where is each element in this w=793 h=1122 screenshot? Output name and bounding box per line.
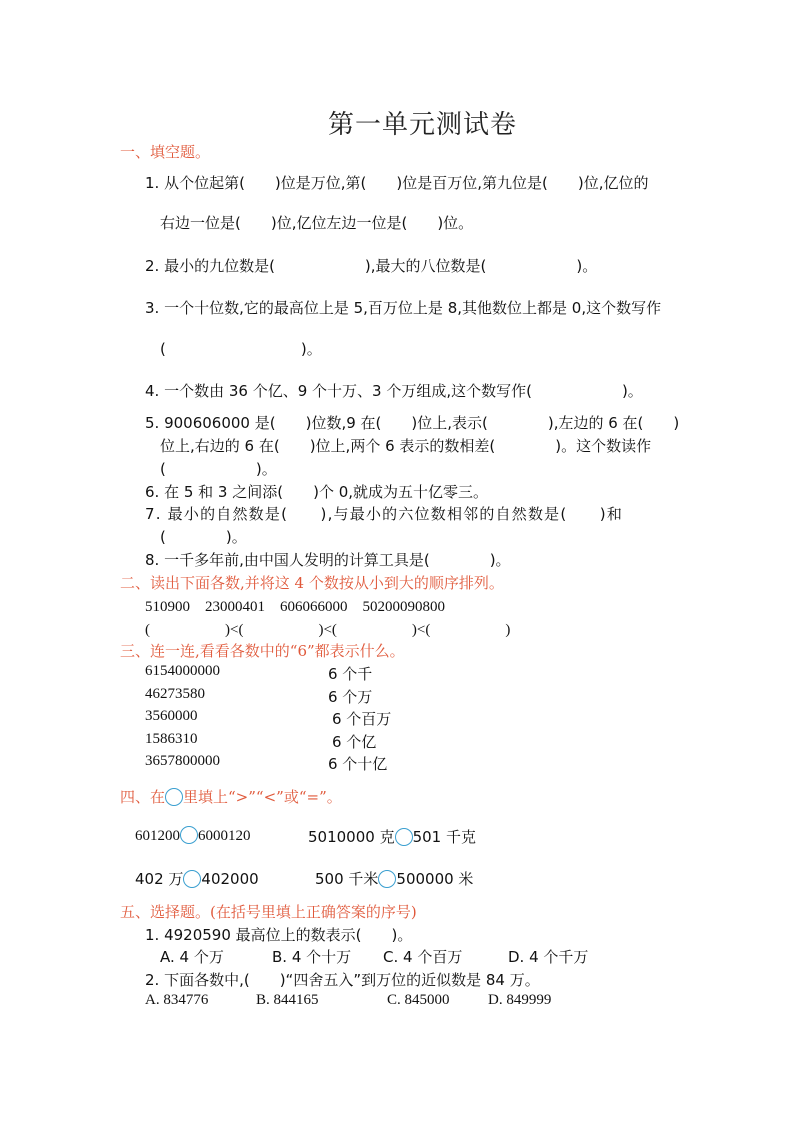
match-left-item[interactable]: 6154000000 (145, 663, 220, 680)
compare-circle-input[interactable] (180, 826, 198, 844)
match-left-item[interactable]: 3657800000 (145, 753, 220, 770)
compare-item-1: 6012006000120 (135, 826, 251, 845)
compare-left: 402 万 (135, 870, 183, 888)
question-1-5-line2: 位上,右边的 6 在( )位上,两个 6 表示的数相差( )。这个数读作 (160, 435, 651, 456)
choice-option[interactable]: B. 4 个十万 (272, 946, 351, 967)
question-1-6: 6. 在 5 和 3 之间添( )个 0,就成为五十亿零三。 (145, 481, 488, 502)
compare-right: 6000120 (198, 828, 251, 844)
choice-option[interactable]: C. 4 个百万 (383, 946, 462, 967)
section-1-heading: 一、填空题。 (120, 141, 210, 162)
question-1-1-line1: 1. 从个位起第( )位是万位,第( )位是百万位,第九位是( )位,亿位的 (145, 172, 649, 193)
section-2-heading: 二、读出下面各数,并将这 4 个数按从小到大的顺序排列。 (120, 572, 504, 593)
choice-option[interactable]: A. 834776 (145, 992, 208, 1009)
compare-left: 5010000 克 (308, 828, 395, 846)
section-5-heading: 五、选择题。(在括号里填上正确答案的序号) (120, 901, 417, 922)
choice-option[interactable]: B. 844165 (256, 992, 319, 1009)
compare-circle-input[interactable] (378, 870, 396, 888)
match-right-item[interactable]: 6 个百万 (332, 708, 391, 729)
choice-question-2: 2. 下面各数中,( )“四舍五入”到万位的近似数是 84 万。 (145, 969, 540, 990)
question-1-1-line2: 右边一位是( )位,亿位左边一位是( )位。 (160, 212, 473, 233)
compare-item-4: 500 千米500000 米 (315, 868, 473, 889)
question-1-2: 2. 最小的九位数是( ),最大的八位数是( )。 (145, 255, 597, 276)
compare-right: 500000 米 (396, 870, 473, 888)
choice-option[interactable]: D. 849999 (488, 992, 551, 1009)
match-right-item[interactable]: 6 个亿 (332, 731, 376, 752)
compare-circle-input[interactable] (183, 870, 201, 888)
section-4-heading-a: 四、在 (120, 788, 165, 806)
section-4-heading-b: 里填上“>”“<”或“=”。 (183, 788, 342, 806)
compare-right: 501 千克 (413, 828, 476, 846)
compare-right: 402000 (201, 870, 258, 888)
order-blanks: ( )<( )<( )<( ) (145, 618, 510, 639)
circle-icon (165, 788, 183, 806)
compare-item-2: 5010000 克501 千克 (308, 826, 476, 847)
question-1-3-line1: 3. 一个十位数,它的最高位上是 5,百万位上是 8,其他数位上都是 0,这个数… (145, 297, 661, 318)
match-left-item[interactable]: 46273580 (145, 686, 205, 703)
match-right-item[interactable]: 6 个万 (328, 686, 372, 707)
match-left-item[interactable]: 3560000 (145, 708, 198, 725)
match-right-item[interactable]: 6 个千 (328, 663, 372, 684)
question-1-7-line2: ( )。 (160, 526, 247, 547)
choice-option[interactable]: C. 845000 (387, 992, 450, 1009)
question-1-5-line3: ( )。 (160, 458, 277, 479)
choice-option[interactable]: D. 4 个千万 (508, 946, 588, 967)
numbers-list: 510900 23000401 606066000 50200090800 (145, 595, 445, 616)
compare-circle-input[interactable] (395, 828, 413, 846)
choice-option[interactable]: A. 4 个万 (160, 946, 224, 967)
section-3-heading: 三、连一连,看看各数中的“6”都表示什么。 (120, 640, 405, 661)
choice-question-1: 1. 4920590 最高位上的数表示( )。 (145, 924, 412, 945)
section-4-heading: 四、在里填上“>”“<”或“=”。 (120, 786, 342, 807)
match-right-item[interactable]: 6 个十亿 (328, 753, 387, 774)
question-1-7-line1: 7. 最小的自然数是( ),与最小的六位数相邻的自然数是( )和 (145, 503, 623, 524)
question-1-8: 8. 一千多年前,由中国人发明的计算工具是( )。 (145, 549, 511, 570)
question-1-5-line1: 5. 900606000 是( )位数,9 在( )位上,表示( ),左边的 6… (145, 412, 679, 433)
match-left-item[interactable]: 1586310 (145, 731, 198, 748)
compare-left: 601200 (135, 828, 180, 844)
compare-item-3: 402 万402000 (135, 868, 259, 889)
question-1-3-line2: ( )。 (160, 338, 322, 359)
question-1-4: 4. 一个数由 36 个亿、9 个十万、3 个万组成,这个数写作( )。 (145, 380, 643, 401)
page-title: 第一单元测试卷 (328, 104, 517, 141)
compare-left: 500 千米 (315, 870, 378, 888)
